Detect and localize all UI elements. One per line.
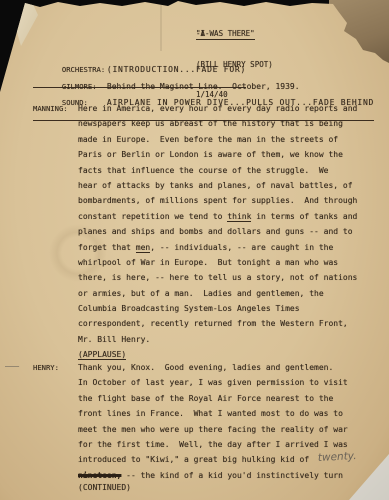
script-line: Paris or Berlin or London is aware of th… xyxy=(78,147,370,162)
script-line: there, is here, -- here to tell us a sto… xyxy=(78,270,370,285)
script-line: meet the men who were up there facing th… xyxy=(78,422,370,437)
continued-note: (CONTINUED) xyxy=(78,483,131,492)
script-line: facts that influence the course of the s… xyxy=(78,163,370,178)
page-marker: -A- xyxy=(196,29,210,39)
script-line: Thank you, Knox. Good evening, ladies an… xyxy=(78,360,370,375)
scan-background: "I WAS THERE" -A- (BILL HENRY SPOT) 1/14… xyxy=(0,0,389,500)
script-page: "I WAS THERE" -A- (BILL HENRY SPOT) 1/14… xyxy=(0,0,389,500)
script-line: nineteen, -- the kind of a kid you'd ins… xyxy=(78,468,370,483)
script-line: the flight base of the Royal Air Force n… xyxy=(78,391,370,406)
script-line: newspapers keep us abreast of the histor… xyxy=(78,116,370,131)
speaker-henry: HENRY: xyxy=(33,360,59,375)
pencil-mark: — xyxy=(5,360,19,375)
header-title-row: "I WAS THERE" -A- xyxy=(196,29,273,40)
script-line: constant repetition we tend to think in … xyxy=(78,209,370,224)
script-line: introduced to "Kiwi," a great big hulkin… xyxy=(78,452,370,467)
script-line: Mr. Bill Henry. xyxy=(78,332,370,347)
script-line: bombardments, of millions spent for supp… xyxy=(78,193,370,208)
script-line: made in Europe. Even before the man in t… xyxy=(78,132,370,147)
script-line: front lines in France. What I wanted mos… xyxy=(78,406,370,421)
script-line: Here in America, every hour of every day… xyxy=(78,101,370,116)
speech-manning: Here in America, every hour of every day… xyxy=(78,101,370,363)
script-line: planes and ships and bombs and dollars a… xyxy=(78,224,370,239)
script-line: Columbia Broadcasting System-Los Angeles… xyxy=(78,301,370,316)
paper-crease xyxy=(160,1,162,51)
speaker-manning: MANNING: xyxy=(33,101,68,116)
script-line: In October of last year, I was given per… xyxy=(78,375,370,390)
script-line: whirlpool of War in Europe. But tonight … xyxy=(78,255,370,270)
speech-henry: Thank you, Knox. Good evening, ladies an… xyxy=(78,360,370,483)
torn-paper-flap xyxy=(11,0,41,46)
script-line: or armies, but of a man. Ladies and gent… xyxy=(78,286,370,301)
script-line: forget that men, -- individuals, -- are … xyxy=(78,240,370,255)
script-line: correspondent, recently returned from th… xyxy=(78,316,370,331)
script-line: hear of attacks by tanks and planes, of … xyxy=(78,178,370,193)
